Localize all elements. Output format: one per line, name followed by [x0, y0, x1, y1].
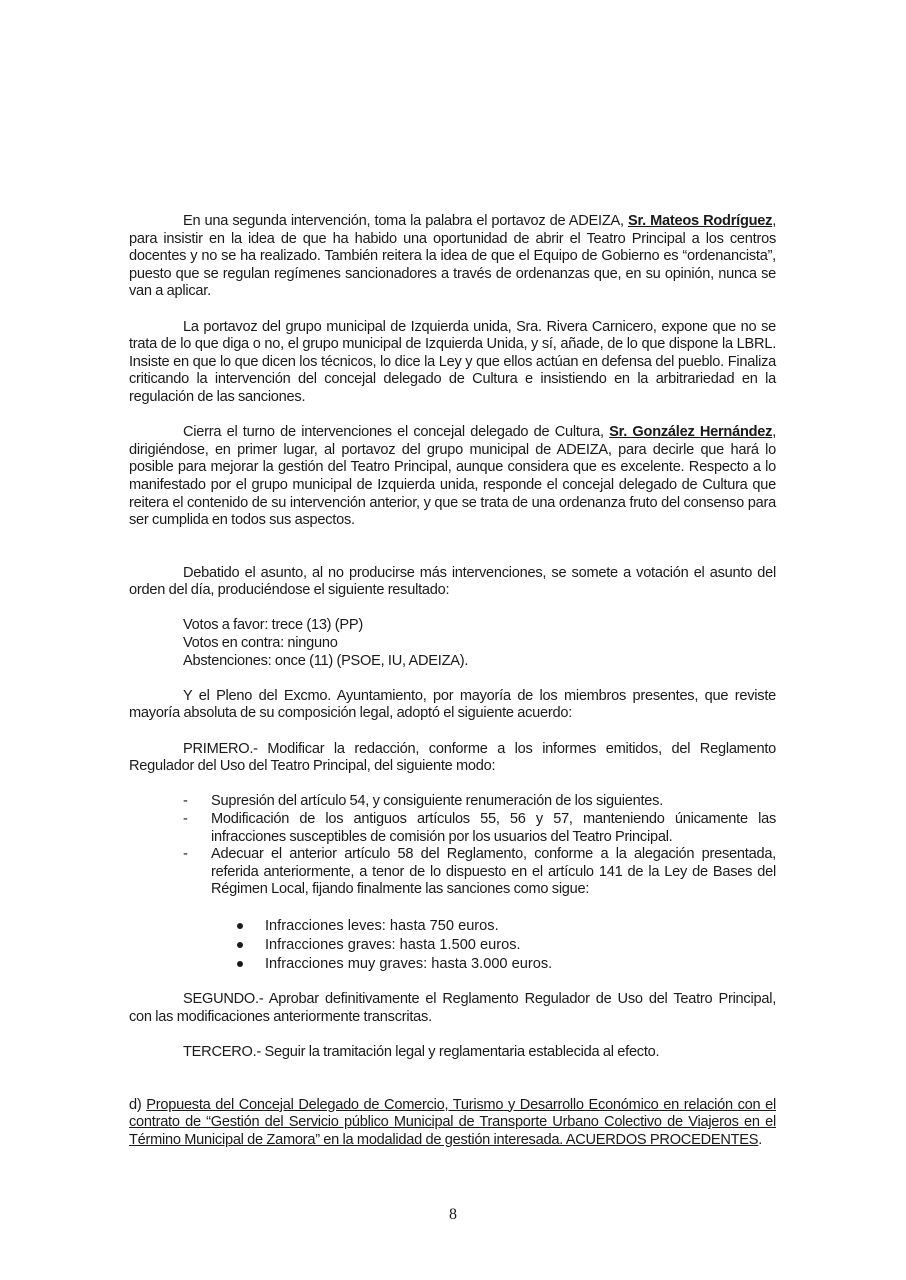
- spacer: [129, 899, 776, 917]
- paragraph-adeiza-intervention: En una segunda intervención, toma la pal…: [129, 213, 776, 301]
- abstentions: Abstenciones: once (11) (PSOE, IU, ADEIZ…: [183, 653, 776, 671]
- document-page: En una segunda intervención, toma la pal…: [129, 213, 776, 1149]
- paragraph-text: En una segunda intervención, toma la pal…: [183, 213, 628, 229]
- spacer: [129, 670, 776, 688]
- list-item-text: Supresión del artículo 54, y consiguient…: [211, 793, 663, 809]
- section-d-heading: d) Propuesta del Concejal Delegado de Co…: [129, 1097, 776, 1150]
- section-label: d): [129, 1097, 146, 1113]
- speaker-name: Sr. González Hernández: [609, 424, 772, 440]
- dash-marker: -: [183, 793, 188, 811]
- spacer: [129, 530, 776, 565]
- list-item-text: Modificación de los antiguos artículos 5…: [211, 811, 776, 845]
- dash-marker: -: [183, 846, 188, 864]
- list-item-text: Infracciones muy graves: hasta 3.000 eur…: [265, 956, 552, 972]
- list-item: Infracciones muy graves: hasta 3.000 eur…: [129, 955, 776, 974]
- vote-results: Votos a favor: trece (13) (PP) Votos en …: [129, 617, 776, 670]
- dash-marker: -: [183, 811, 188, 829]
- spacer: [129, 723, 776, 741]
- paragraph-text: Cierra el turno de intervenciones el con…: [183, 424, 609, 440]
- list-item: Infracciones leves: hasta 750 euros.: [129, 917, 776, 936]
- spacer: [129, 600, 776, 618]
- paragraph-cultura-closing: Cierra el turno de intervenciones el con…: [129, 424, 776, 530]
- sanctions-list: Infracciones leves: hasta 750 euros. Inf…: [129, 917, 776, 974]
- paragraph-pleno-agreement: Y el Pleno del Excmo. Ayuntamiento, por …: [129, 688, 776, 723]
- bullet-icon: [237, 923, 243, 929]
- list-item-text: Infracciones graves: hasta 1.500 euros.: [265, 937, 521, 953]
- spacer: [129, 974, 776, 992]
- bullet-icon: [237, 942, 243, 948]
- list-item-text: Adecuar el anterior artículo 58 del Regl…: [211, 846, 776, 897]
- bullet-icon: [237, 961, 243, 967]
- list-item: Infracciones graves: hasta 1.500 euros.: [129, 936, 776, 955]
- votes-against: Votos en contra: ninguno: [183, 635, 776, 653]
- list-item: -Adecuar el anterior artículo 58 del Reg…: [129, 846, 776, 899]
- list-item: -Supresión del artículo 54, y consiguien…: [129, 793, 776, 811]
- paragraph-primero: PRIMERO.- Modificar la redacción, confor…: [129, 741, 776, 776]
- page-number: 8: [0, 1206, 906, 1224]
- spacer: [129, 1062, 776, 1097]
- spacer: [129, 1026, 776, 1044]
- section-title: Propuesta del Concejal Delegado de Comer…: [129, 1097, 776, 1148]
- spacer: [129, 407, 776, 425]
- list-item-text: Infracciones leves: hasta 750 euros.: [265, 918, 499, 934]
- spacer: [129, 301, 776, 319]
- paragraph-tercero: TERCERO.- Seguir la tramitación legal y …: [129, 1044, 776, 1062]
- paragraph-iu-intervention: La portavoz del grupo municipal de Izqui…: [129, 319, 776, 407]
- votes-in-favor: Votos a favor: trece (13) (PP): [183, 617, 776, 635]
- spacer: [129, 776, 776, 794]
- list-item: -Modificación de los antiguos artículos …: [129, 811, 776, 846]
- paragraph-segundo: SEGUNDO.- Aprobar definitivamente el Reg…: [129, 991, 776, 1026]
- modifications-list: -Supresión del artículo 54, y consiguien…: [129, 793, 776, 899]
- paragraph-vote-intro: Debatido el asunto, al no producirse más…: [129, 565, 776, 600]
- speaker-name: Sr. Mateos Rodríguez: [628, 213, 772, 229]
- section-title-end: .: [758, 1132, 762, 1148]
